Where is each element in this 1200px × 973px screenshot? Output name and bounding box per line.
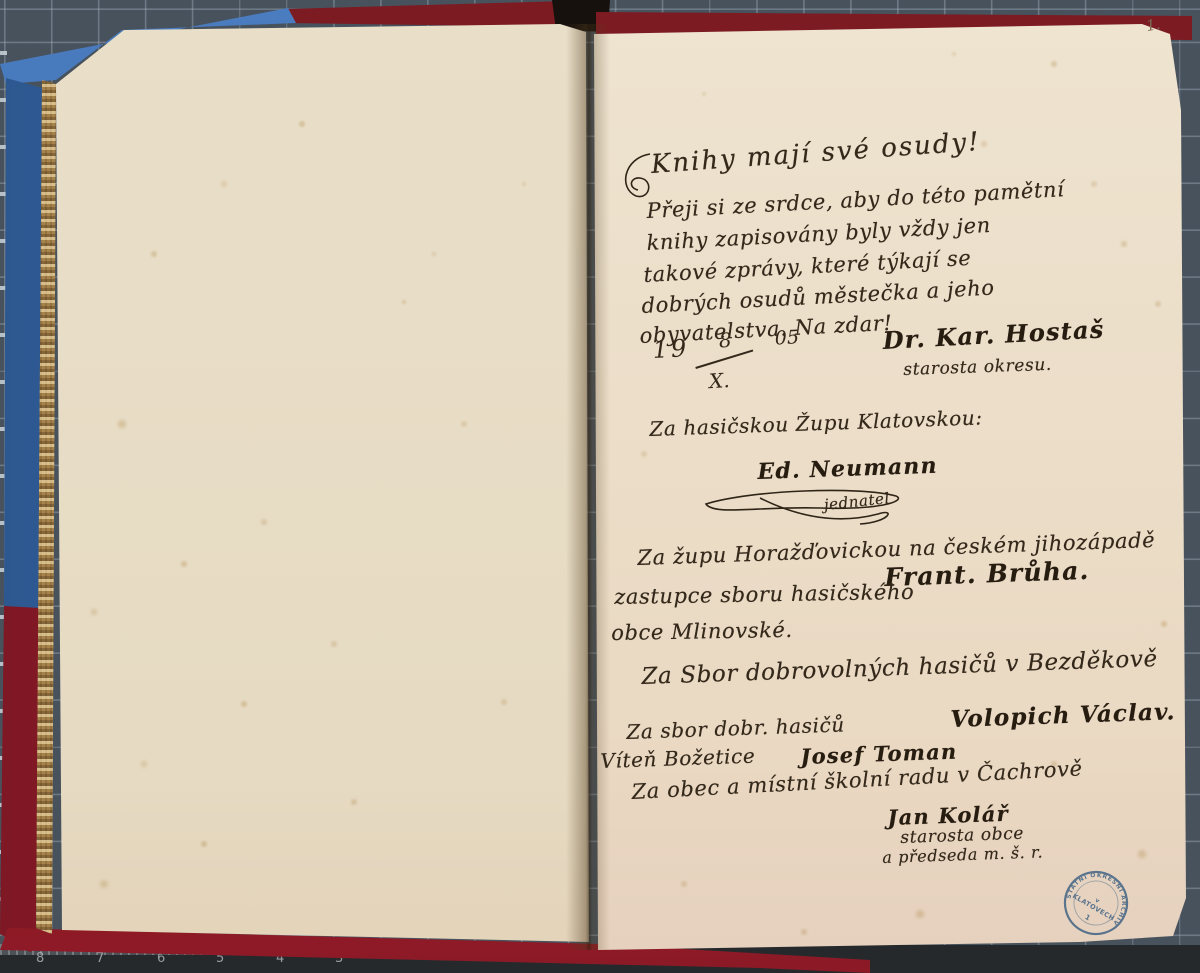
book-gutter [566, 24, 610, 950]
ruler-number: 7 [96, 951, 104, 966]
date-day-month-fraction: 8 X. [698, 331, 749, 389]
horazdovice-line-3: obce Mlinovské. [611, 618, 793, 645]
date-month-roman: X. [708, 368, 730, 393]
foxing-spots-right [0, 0, 4, 4]
scanned-book-photo: 8 7 6 5 4 3 Knihy mají své osudy! Přeji … [0, 0, 1200, 973]
date-day: 8 [718, 328, 732, 353]
stamp-number: 1 [1083, 913, 1091, 922]
page-number: 1. [1145, 15, 1162, 35]
stamp-center-klatovech: KLATOVECH [1071, 892, 1116, 923]
date-year-prefix: 19 [652, 334, 690, 364]
ruler-number: 8 [36, 951, 44, 966]
date-fraction-slash [695, 350, 753, 369]
date-year: 05 [774, 326, 799, 349]
date-1905: 19 8 X. 05 [652, 328, 801, 392]
